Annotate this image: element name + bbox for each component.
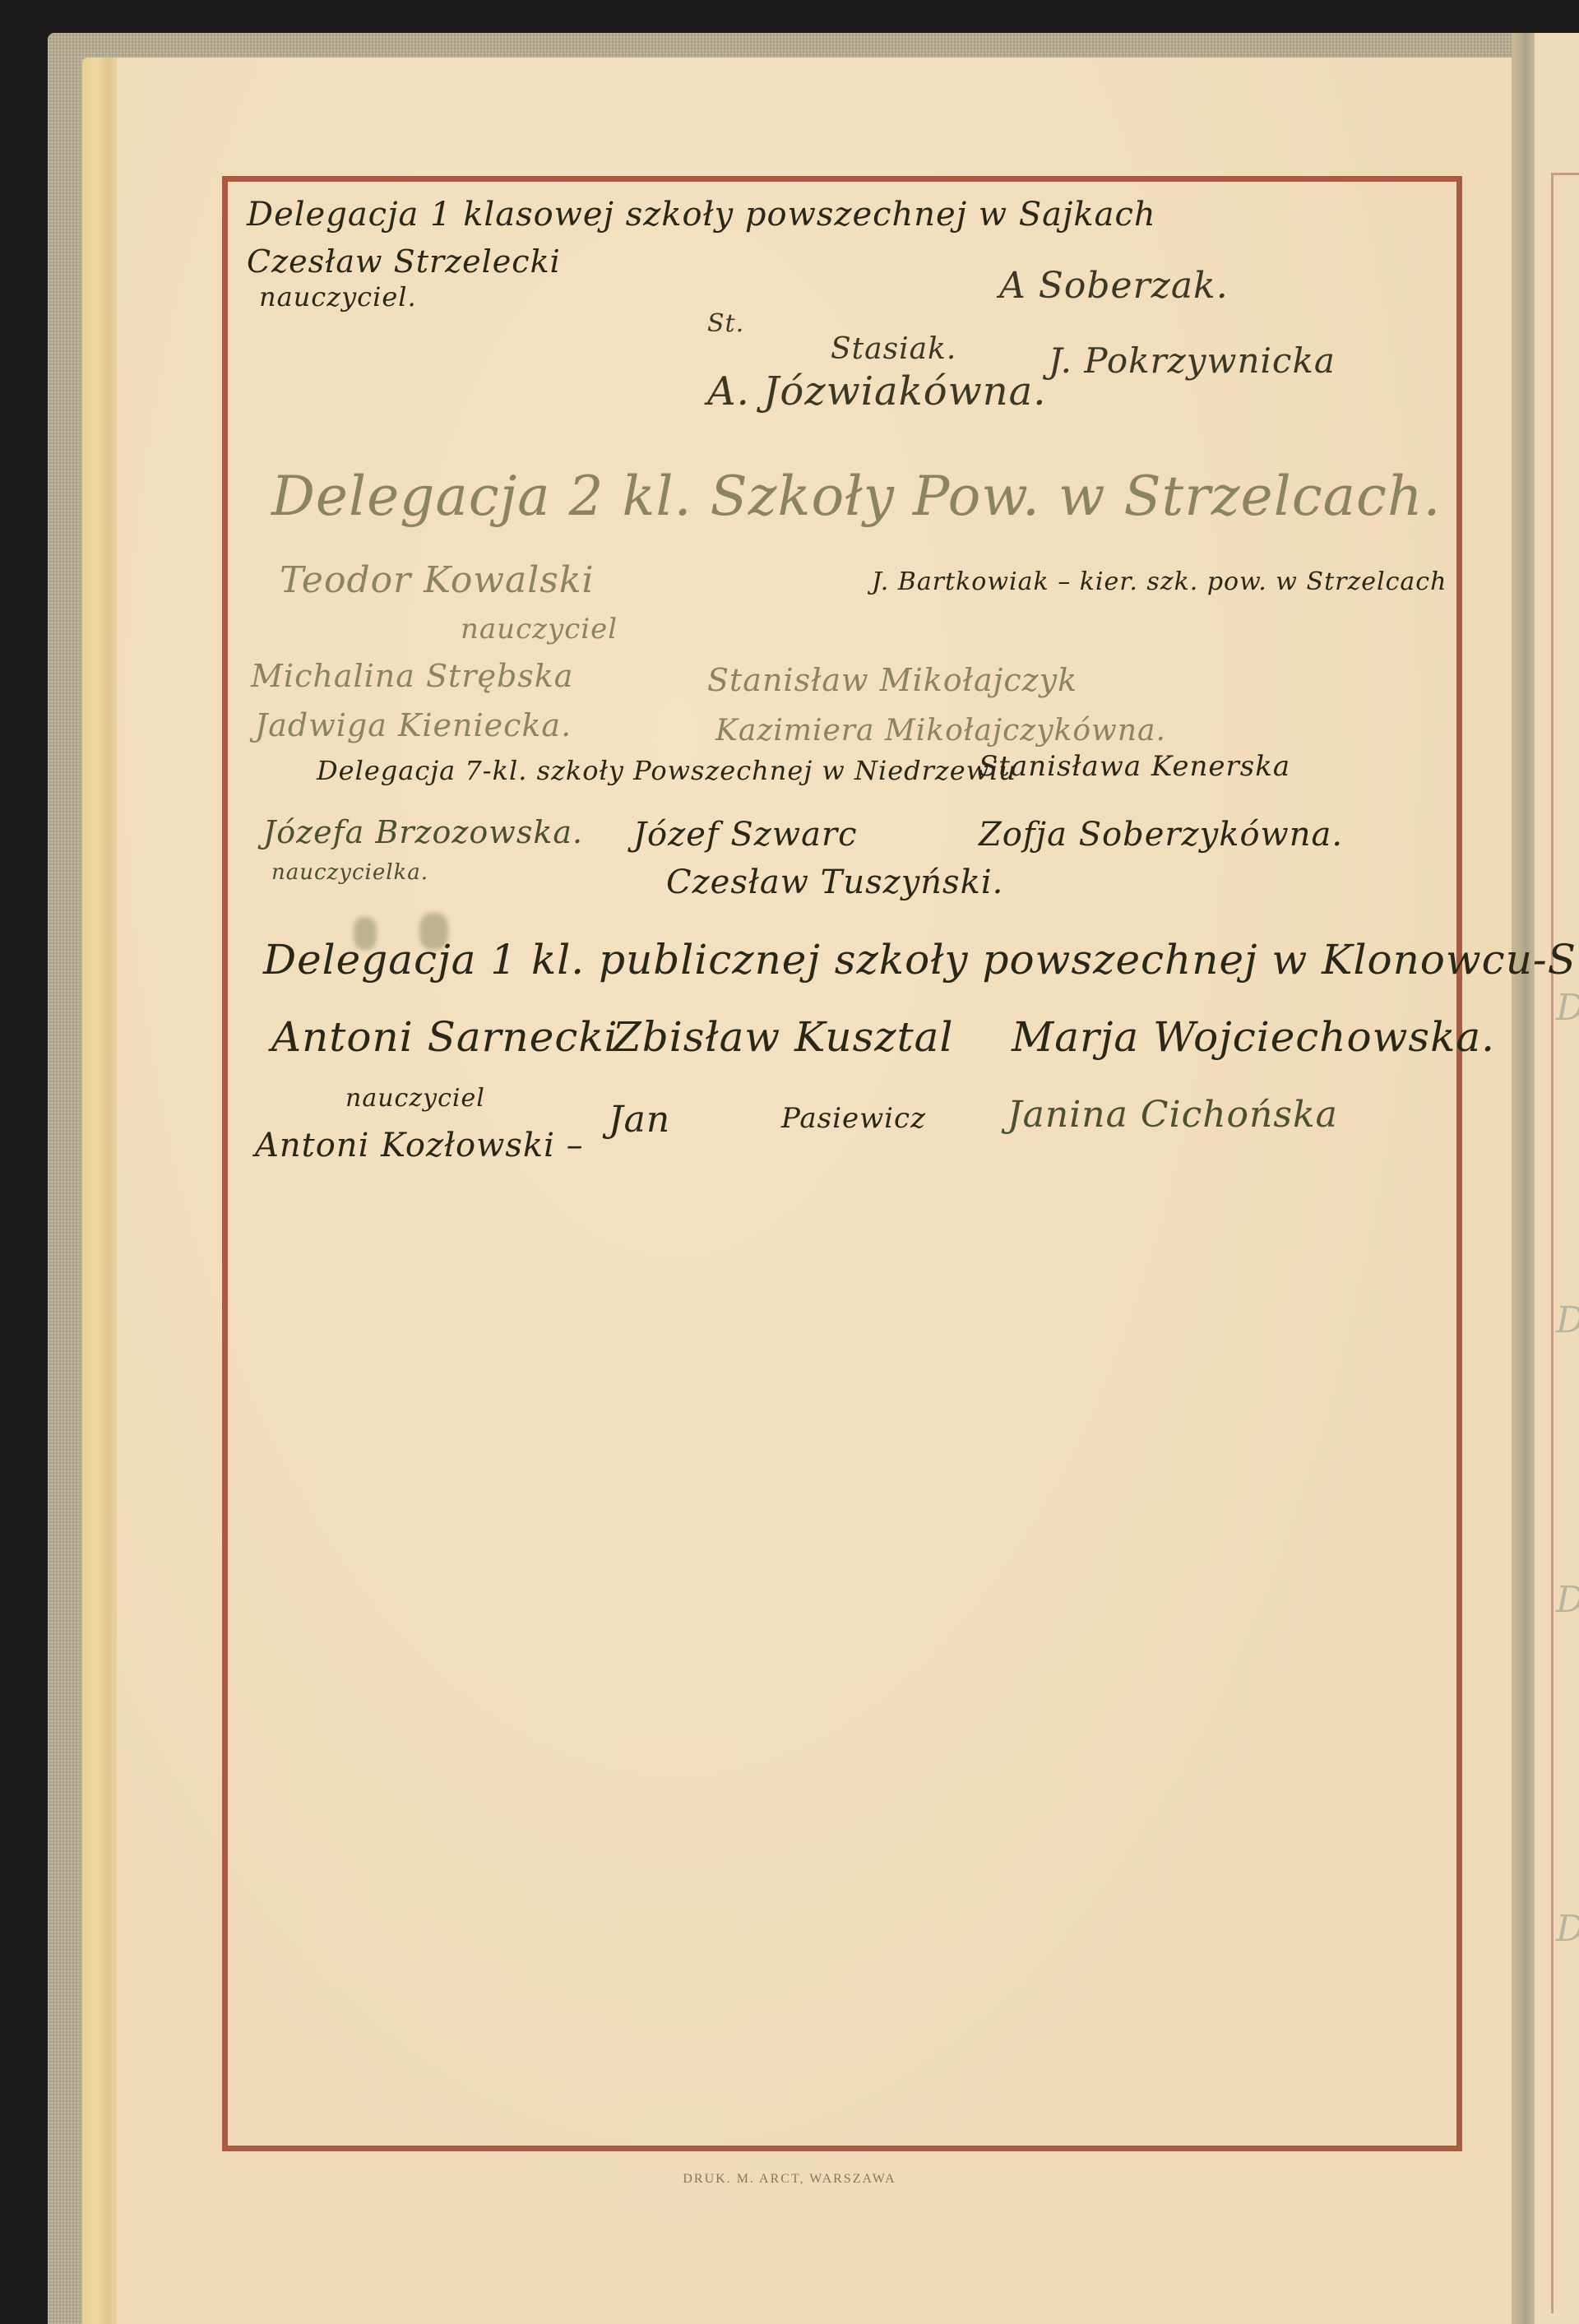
block1-signature-pokrzywnicka: J. Pokrzywnicka [1049,340,1336,381]
block3-teacher-name: Józefa Brzozowska. [263,814,583,850]
block2-heading: Delegacja 2 kl. Szkoły Pow. w Strzelcach… [271,465,1441,528]
block3-heading: Delegacja 7-kl. szkoły Powszechnej w Nie… [317,755,1016,786]
printer-imprint: DRUK. M. ARCT, WARSZAWA [0,2172,1579,2187]
adjacent-page-letter: D [1556,987,1579,1029]
block3-signature-kenerska: Stanisława Kenerska [979,750,1290,783]
block4-name: Zbisław Kusztal [613,1013,953,1061]
block1-signature-jozwiakowna: A. Józwiakówna. [707,368,1047,414]
block2-name: Kazimiera Mikołajczykówna. [715,714,1166,748]
adjacent-page: D D D D [1535,33,1579,2324]
adjacent-page-letter: D [1556,1579,1579,1621]
block2-teacher-role: nauczyciel [461,613,618,646]
block2-name: Michalina Strębska [251,658,573,694]
block2-name: Jadwiga Kieniecka. [255,707,572,743]
block1-heading: Delegacja 1 klasowej szkoły powszechnej … [247,196,1156,234]
block4-teacher-name: Antoni Kozłowski – [255,1127,584,1164]
block2-teacher-name: Teodor Kowalski [280,559,595,601]
block1-teacher-role: nauczyciel. [259,281,417,312]
block4-heading: Delegacja 1 kl. publicznej szkoły powsze… [263,936,1579,984]
block1-signature-soberzak: A Soberzak. [999,265,1229,307]
block3-name: Czesław Tuszyński. [666,863,1003,901]
book-gutter [1512,33,1535,2324]
block4-name: Antoni Sarnecki [271,1013,618,1061]
block4-name: Janina Cichońska [1007,1094,1338,1136]
block4-teacher-role: nauczyciel [345,1084,485,1113]
adjacent-page-letter: D [1556,1299,1579,1341]
block3-teacher-role: nauczycielka. [271,860,428,885]
block4-name: Pasiewicz [781,1102,926,1135]
block2-note: J. Bartkowiak – kier. szk. pow. w Strzel… [872,567,1447,596]
adjacent-page-letter: D [1556,1908,1579,1950]
block1-signature-initial: St. [707,309,744,338]
page-edges [82,58,119,2324]
adjacent-page-frame [1551,173,1579,2313]
block1-signature-stasiak: Stasiak. [831,332,956,366]
block2-name: Stanisław Mikołajczyk [707,662,1077,698]
block3-name: Zofja Soberzykówna. [979,816,1343,854]
block1-teacher-name: Czesław Strzelecki [247,243,561,280]
block3-name: Józef Szwarc [633,816,857,854]
block4-name: Marja Wojciechowska. [1012,1013,1495,1061]
block4-name: Jan [609,1099,670,1141]
